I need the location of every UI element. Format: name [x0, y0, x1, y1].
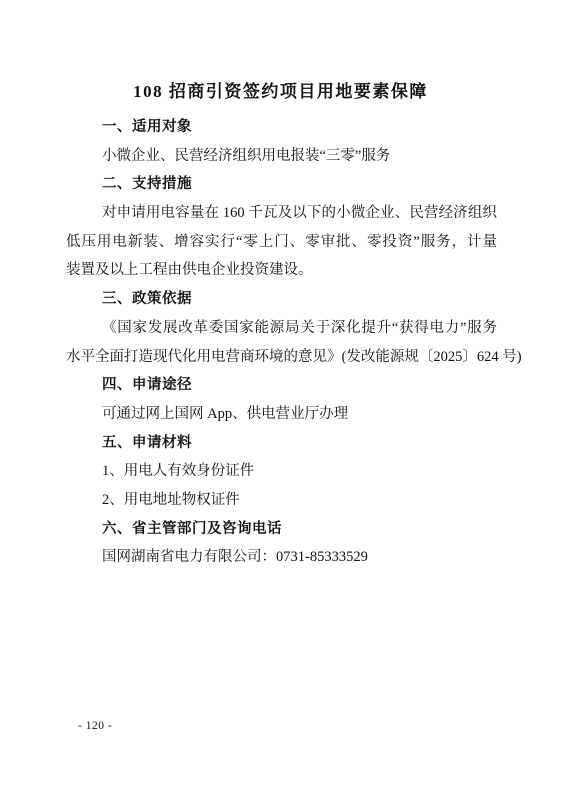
paragraph-line: 低压用电新装、增容实行“零上门、零审批、零投资”服务，计量	[66, 228, 497, 257]
section-heading-application-materials: 五、申请材料	[66, 429, 497, 458]
section-heading-application-channel: 四、申请途径	[66, 371, 497, 400]
document-body: 一、适用对象 小微企业、民营经济组织用电报装“三零”服务 二、支持措施 对申请用…	[66, 113, 497, 572]
page-number: - 120 -	[78, 718, 112, 734]
section-heading-applicable-target: 一、适用对象	[66, 113, 497, 142]
section-heading-policy-basis: 三、政策依据	[66, 285, 497, 314]
paragraph-line: 对申请用电容量在 160 千瓦及以下的小微企业、民营经济组织	[66, 199, 497, 228]
paragraph-line: 小微企业、民营经济组织用电报装“三零”服务	[66, 142, 497, 171]
section-heading-support-measures: 二、支持措施	[66, 170, 497, 199]
page-title: 108 招商引资签约项目用地要素保障	[0, 79, 561, 105]
paragraph-line: 可通过网上国网 App、供电营业厅办理	[66, 400, 497, 429]
paragraph-line: 装置及以上工程由供电企业投资建设。	[66, 256, 497, 285]
section-heading-department-contact: 六、省主管部门及咨询电话	[66, 515, 497, 544]
paragraph-line: 水平全面打造现代化用电营商环境的意见》(发改能源规〔2025〕624 号)	[66, 343, 497, 372]
list-item: 2、用电地址物权证件	[66, 486, 497, 515]
list-item: 1、用电人有效身份证件	[66, 457, 497, 486]
paragraph-line: 《国家发展改革委国家能源局关于深化提升“获得电力”服务	[66, 314, 497, 343]
document-page: 108 招商引资签约项目用地要素保障 一、适用对象 小微企业、民营经济组织用电报…	[0, 0, 561, 793]
paragraph-line-contact-phone: 国网湖南省电力有限公司：0731-85333529	[66, 543, 497, 572]
